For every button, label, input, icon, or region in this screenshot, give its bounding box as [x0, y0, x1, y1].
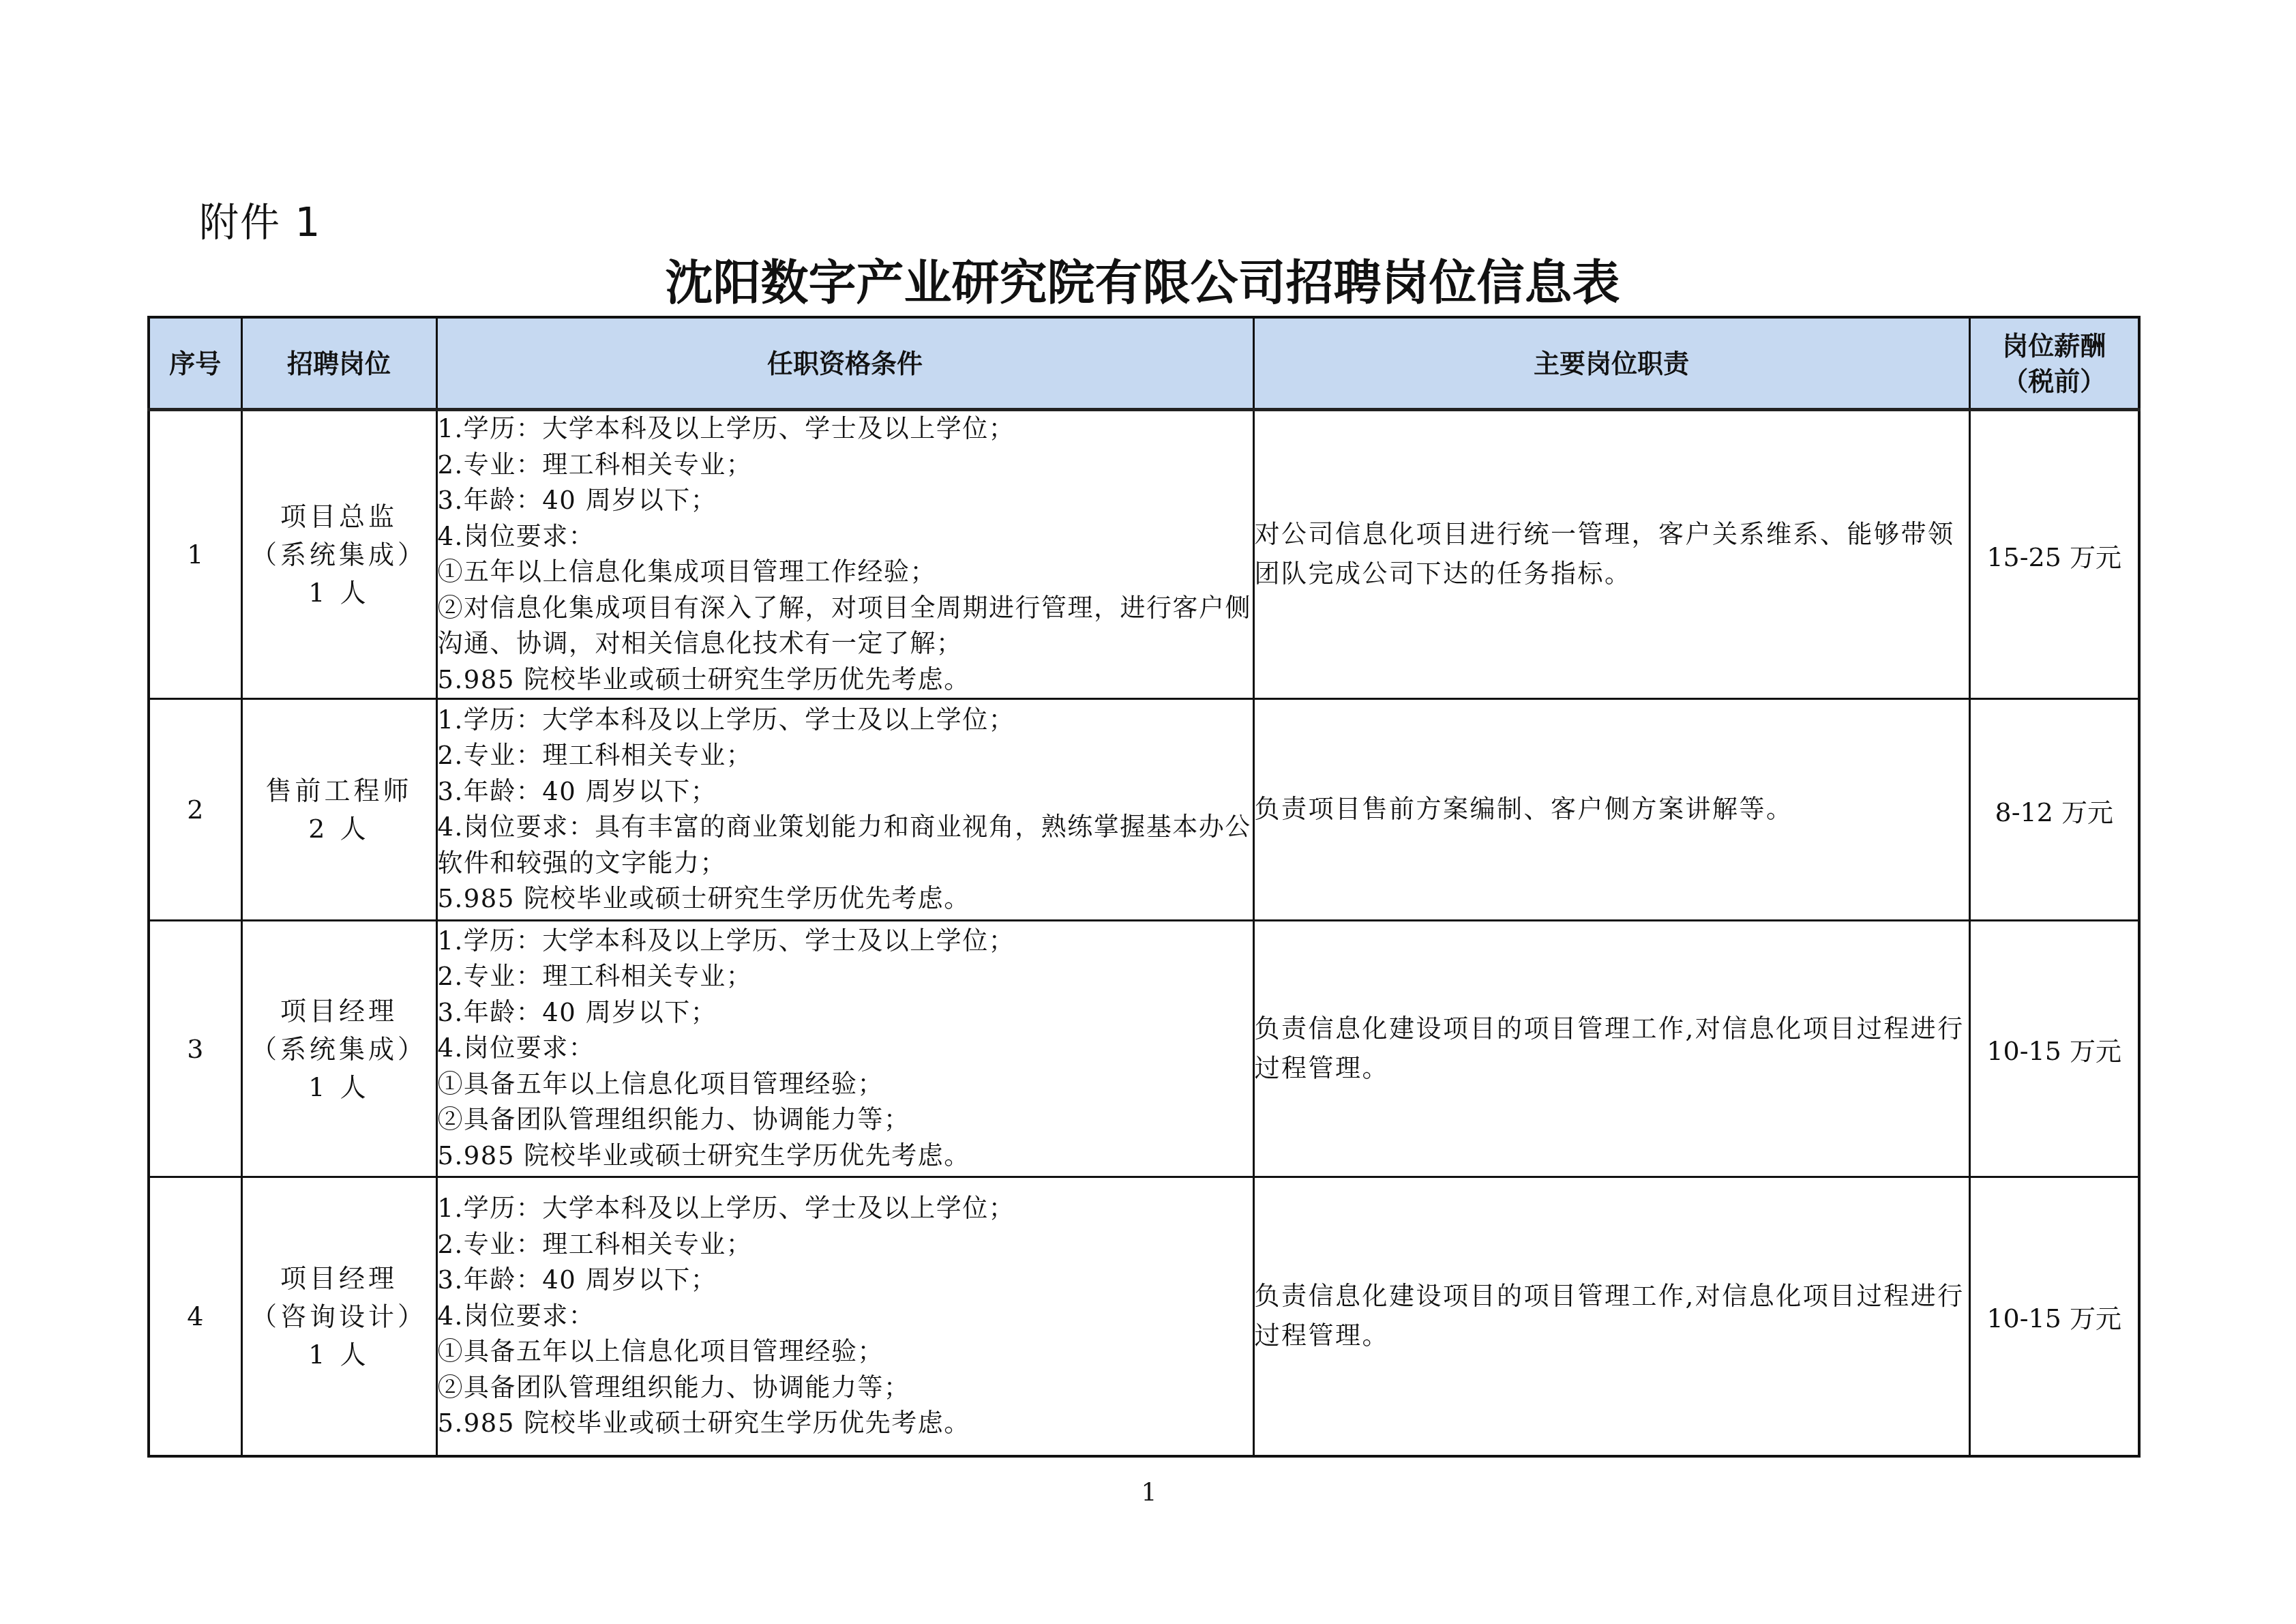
qualification-line: 5.985 院校毕业或硕士研究生学历优先考虑。 — [438, 662, 1253, 698]
column-header-salary: 岗位薪酬 （税前） — [1969, 317, 2139, 410]
qualification-line: 1.学历：大学本科及以上学历、学士及以上学位； — [438, 924, 1253, 960]
qualification-line: 1.学历：大学本科及以上学历、学士及以上学位； — [438, 703, 1253, 739]
qualification-line: ①具备五年以上信息化项目管理经验； — [438, 1067, 1253, 1103]
qualification-line: 3.年龄：40 周岁以下； — [438, 1263, 1253, 1299]
cell-salary: 15-25 万元 — [1969, 410, 2139, 699]
table-row: 4 项目经理 （咨询设计） 1 人 1.学历：大学本科及以上学历、学士及以上学位… — [149, 1177, 2139, 1456]
qualification-line: ②具备团队管理组织能力、协调能力等； — [438, 1102, 1253, 1138]
position-headcount: 1 人 — [243, 1068, 436, 1106]
qualification-line: 5.985 院校毕业或硕士研究生学历优先考虑。 — [438, 1406, 1253, 1442]
cell-seq: 4 — [149, 1177, 241, 1456]
qualification-line: 4.岗位要求：具有丰富的商业策划能力和商业视角，熟练掌握基本办公软件和较强的文字… — [438, 810, 1253, 881]
cell-seq: 2 — [149, 699, 241, 921]
qualification-line: 3.年龄：40 周岁以下； — [438, 995, 1253, 1031]
annex-label: 附件 1 — [199, 196, 321, 248]
position-headcount: 2 人 — [243, 810, 436, 848]
salary-header-line1: 岗位薪酬 — [1971, 328, 2138, 364]
cell-salary: 10-15 万元 — [1969, 1177, 2139, 1456]
qualification-line: 2.专业：理工科相关专业； — [438, 959, 1253, 995]
page-title: 沈阳数字产业研究院有限公司招聘岗位信息表 — [147, 254, 2138, 312]
salary-header-line2: （税前） — [1971, 364, 2138, 399]
position-headcount: 1 人 — [243, 1335, 436, 1374]
qualification-line: 4.岗位要求： — [438, 1031, 1253, 1067]
qualification-line: 2.专业：理工科相关专业； — [438, 738, 1253, 774]
cell-qualifications: 1.学历：大学本科及以上学历、学士及以上学位； 2.专业：理工科相关专业； 3.… — [436, 1177, 1253, 1456]
cell-position: 项目经理 （咨询设计） 1 人 — [241, 1177, 436, 1456]
cell-position: 项目经理 （系统集成） 1 人 — [241, 921, 436, 1177]
recruitment-table: 序号 招聘岗位 任职资格条件 主要岗位职责 岗位薪酬 （税前） 1 项目总监 （… — [147, 316, 2141, 1458]
qualification-line: 5.985 院校毕业或硕士研究生学历优先考虑。 — [438, 1138, 1253, 1175]
qualification-line: 1.学历：大学本科及以上学历、学士及以上学位； — [438, 1191, 1253, 1227]
qualification-line: 1.学历：大学本科及以上学历、学士及以上学位； — [438, 411, 1253, 447]
column-header-qualifications: 任职资格条件 — [436, 317, 1253, 410]
cell-position: 售前工程师 2 人 — [241, 699, 436, 921]
cell-salary: 10-15 万元 — [1969, 921, 2139, 1177]
qualification-line: 3.年龄：40 周岁以下； — [438, 774, 1253, 810]
position-category: （咨询设计） — [243, 1297, 436, 1335]
cell-qualifications: 1.学历：大学本科及以上学历、学士及以上学位； 2.专业：理工科相关专业； 3.… — [436, 699, 1253, 921]
cell-qualifications: 1.学历：大学本科及以上学历、学士及以上学位； 2.专业：理工科相关专业； 3.… — [436, 410, 1253, 699]
column-header-position: 招聘岗位 — [241, 317, 436, 410]
position-title: 项目经理 — [243, 992, 436, 1030]
cell-seq: 3 — [149, 921, 241, 1177]
qualification-line: ②对信息化集成项目有深入了解，对项目全周期进行管理，进行客户侧沟通、协调，对相关… — [438, 591, 1253, 662]
column-header-duties: 主要岗位职责 — [1253, 317, 1969, 410]
cell-seq: 1 — [149, 410, 241, 699]
page-number: 1 — [1132, 1479, 1166, 1507]
qualification-line: 2.专业：理工科相关专业； — [438, 447, 1253, 484]
table-row: 3 项目经理 （系统集成） 1 人 1.学历：大学本科及以上学历、学士及以上学位… — [149, 921, 2139, 1177]
table-row: 2 售前工程师 2 人 1.学历：大学本科及以上学历、学士及以上学位； 2.专业… — [149, 699, 2139, 921]
cell-duties: 负责项目售前方案编制、客户侧方案讲解等。 — [1253, 699, 1969, 921]
qualification-line: ②具备团队管理组织能力、协调能力等； — [438, 1370, 1253, 1406]
column-header-seq: 序号 — [149, 317, 241, 410]
table-row: 1 项目总监 （系统集成） 1 人 1.学历：大学本科及以上学历、学士及以上学位… — [149, 410, 2139, 699]
qualification-line: ①具备五年以上信息化项目管理经验； — [438, 1334, 1253, 1370]
cell-duties: 对公司信息化项目进行统一管理，客户关系维系、能够带领团队完成公司下达的任务指标。 — [1253, 410, 1969, 699]
position-category: （系统集成） — [243, 1030, 436, 1068]
qualification-line: 2.专业：理工科相关专业； — [438, 1227, 1253, 1263]
qualification-line: 4.岗位要求： — [438, 1299, 1253, 1335]
qualification-line: 5.985 院校毕业或硕士研究生学历优先考虑。 — [438, 881, 1253, 917]
cell-duties: 负责信息化建设项目的项目管理工作,对信息化项目过程进行过程管理。 — [1253, 1177, 1969, 1456]
cell-position: 项目总监 （系统集成） 1 人 — [241, 410, 436, 699]
position-title: 售前工程师 — [243, 771, 436, 810]
position-title: 项目总监 — [243, 497, 436, 535]
qualification-line: 4.岗位要求： — [438, 519, 1253, 555]
qualification-line: 3.年龄：40 周岁以下； — [438, 483, 1253, 519]
table-header-row: 序号 招聘岗位 任职资格条件 主要岗位职责 岗位薪酬 （税前） — [149, 317, 2139, 410]
cell-duties: 负责信息化建设项目的项目管理工作,对信息化项目过程进行过程管理。 — [1253, 921, 1969, 1177]
position-headcount: 1 人 — [243, 574, 436, 612]
cell-qualifications: 1.学历：大学本科及以上学历、学士及以上学位； 2.专业：理工科相关专业； 3.… — [436, 921, 1253, 1177]
qualification-line: ①五年以上信息化集成项目管理工作经验； — [438, 555, 1253, 591]
cell-salary: 8-12 万元 — [1969, 699, 2139, 921]
position-category: （系统集成） — [243, 535, 436, 574]
position-title: 项目经理 — [243, 1259, 436, 1297]
